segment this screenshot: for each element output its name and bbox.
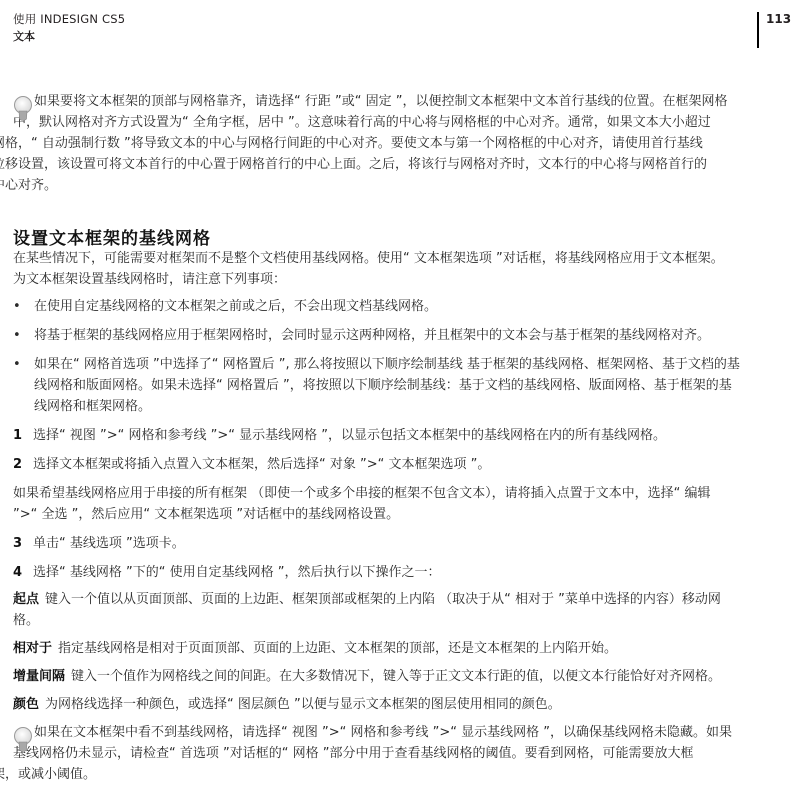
- bullet-icon: •: [13, 296, 21, 317]
- option-start: 起点键入一个值以从页面顶部、页面的上边距、框架顶部或框架的上内陷 （取决于从“ …: [13, 589, 758, 631]
- option-color: 颜色为网格线选择一种颜色，或选择“ 图层颜色 ”以便与显示文本框架的图层使用相同…: [13, 694, 758, 715]
- tip-note-1: 如果要将文本框架的顶部与网格靠齐，请选择“ 行距 ”或“ 固定 ”，以便控制文本…: [13, 91, 758, 196]
- section-heading: 设置文本框架的基线网格: [13, 224, 211, 249]
- chapter-name: 文本: [13, 29, 125, 45]
- intro-line-1: 在某些情况下，可能需要对框架而不是整个文档使用基线网格。使用“ 文本框架选项 ”…: [13, 251, 724, 266]
- section-intro: 在某些情况下，可能需要对框架而不是整个文档使用基线网格。使用“ 文本框架选项 ”…: [13, 248, 758, 290]
- tip1-line-1: 如果要将文本框架的顶部与网格靠齐，请选择“ 行距 ”或“ 固定 ”，以便控制文本…: [34, 94, 727, 109]
- option-term: 颜色: [13, 697, 39, 712]
- bullet-text: 如果在“ 网格首选项 ”中选择了“ 网格置后 ”, 那么将按照以下顺序绘制基线 …: [34, 354, 758, 417]
- step-number: 4: [13, 562, 33, 583]
- step-number: 1: [13, 425, 33, 446]
- bullet-item-3: • 如果在“ 网格首选项 ”中选择了“ 网格置后 ”, 那么将按照以下顺序绘制基…: [13, 354, 758, 417]
- step-text: 单击“ 基线选项 ”选项卡。: [33, 536, 185, 551]
- book-title: 使用 INDESIGN CS5: [13, 11, 125, 27]
- bullet-text: 在使用自定基线网格的文本框架之前或之后，不会出现文档基线网格。: [34, 296, 758, 317]
- step-text: 选择文本框架或将插入点置入文本框架，然后选择“ 对象 ”>“ 文本框架选项 ”。: [33, 457, 490, 472]
- tip1-line-2: 中，默认网格对齐方式设置为“ 全角字框，居中 ”。这意味着行高的中心将与网格框的…: [13, 115, 711, 130]
- option-increment: 增量间隔键入一个值作为网格线之间的间距。在大多数情况下，键入等于正文文本行距的值…: [13, 666, 758, 687]
- tip-note-2: 如果在文本框架中看不到基线网格，请选择“ 视图 ”>“ 网格和参考线 ”>“ 显…: [13, 722, 758, 785]
- lightbulb-icon: [13, 95, 33, 125]
- step-number: 2: [13, 454, 33, 475]
- option-term: 增量间隔: [13, 669, 65, 684]
- lightbulb-icon: [13, 726, 33, 756]
- bullet-line: 如果在“ 网格首选项 ”中选择了“ 网格置后 ”, 那么将按照以下顺序绘制基线 …: [34, 357, 740, 372]
- tip2-line-3: 架，或减小阈值。: [0, 767, 96, 782]
- tip2-line-2: 基线网格仍未显示，请检查“ 首选项 ”对话框的“ 网格 ”部分中用于查看基线网格…: [13, 746, 693, 761]
- bullet-item-2: • 将基于框架的基线网格应用于框架网格时，会同时显示这两种网格，并且框架中的文本…: [13, 325, 758, 346]
- tip2-line-1: 如果在文本框架中看不到基线网格，请选择“ 视图 ”>“ 网格和参考线 ”>“ 显…: [34, 725, 732, 740]
- step-2: 2选择文本框架或将插入点置入文本框架，然后选择“ 对象 ”>“ 文本框架选项 ”…: [13, 454, 758, 475]
- option-desc: 为网格线选择一种颜色，或选择“ 图层颜色 ”以便与显示文本框架的图层使用相同的颜…: [45, 697, 561, 712]
- bullet-item-1: • 在使用自定基线网格的文本框架之前或之后，不会出现文档基线网格。: [13, 296, 758, 317]
- threaded-frames-note: 如果希望基线网格应用于串接的所有框架 （即使一个或多个串接的框架不包含文本），请…: [13, 483, 758, 525]
- step-number: 3: [13, 533, 33, 554]
- intro-line-2: 为文本框架设置基线网格时，请注意下列事项：: [13, 272, 286, 287]
- option-desc-cont: 格。: [13, 613, 39, 628]
- step-text: 选择“ 基线网格 ”下的“ 使用自定基线网格 ”，然后执行以下操作之一：: [33, 565, 440, 580]
- option-term: 相对于: [13, 641, 52, 656]
- option-desc: 键入一个值以从页面顶部、页面的上边距、框架顶部或框架的上内陷 （取决于从“ 相对…: [45, 592, 721, 607]
- option-term: 起点: [13, 592, 39, 607]
- option-relative-to: 相对于指定基线网格是相对于页面顶部、页面的上边距、文本框架的顶部，还是文本框架的…: [13, 638, 758, 659]
- page-number: 113: [766, 12, 791, 26]
- running-header: 使用 INDESIGN CS5 文本: [13, 11, 125, 45]
- tip1-line-3: 网格，“ 自动强制行数 ”将导致文本的中心与网格行间距的中心对齐。要使文本与第一…: [0, 136, 703, 151]
- bullet-text: 将基于框架的基线网格应用于框架网格时，会同时显示这两种网格，并且框架中的文本会与…: [34, 325, 758, 346]
- bullet-icon: •: [13, 325, 21, 346]
- bullet-line: 线网格和框架网格。: [34, 399, 151, 414]
- step-3: 3单击“ 基线选项 ”选项卡。: [13, 533, 758, 554]
- step-text: 选择“ 视图 ”>“ 网格和参考线 ”>“ 显示基线网格 ”，以显示包括文本框架…: [33, 428, 666, 443]
- bullet-icon: •: [13, 354, 21, 375]
- header-divider: [757, 12, 759, 48]
- bullet-line: 线网格和版面网格。如果未选择“ 网格置后 ”，将按照以下顺序绘制基线：基于文档的…: [34, 378, 732, 393]
- step-1: 1选择“ 视图 ”>“ 网格和参考线 ”>“ 显示基线网格 ”，以显示包括文本框…: [13, 425, 758, 446]
- note-line-2: ”>“ 全选 ”，然后应用“ 文本框架选项 ”对话框中的基线网格设置。: [13, 507, 399, 522]
- tip1-line-5: 中心对齐。: [0, 178, 57, 193]
- option-desc: 指定基线网格是相对于页面顶部、页面的上边距、文本框架的顶部，还是文本框架的上内陷…: [58, 641, 617, 656]
- option-desc: 键入一个值作为网格线之间的间距。在大多数情况下，键入等于正文文本行距的值，以便文…: [71, 669, 721, 684]
- note-line-1: 如果希望基线网格应用于串接的所有框架 （即使一个或多个串接的框架不包含文本），请…: [13, 486, 711, 501]
- step-4: 4选择“ 基线网格 ”下的“ 使用自定基线网格 ”，然后执行以下操作之一：: [13, 562, 758, 583]
- tip1-line-4: 位移设置，该设置可将文本首行的中心置于网格首行的中心上面。之后，将该行与网格对齐…: [0, 157, 707, 172]
